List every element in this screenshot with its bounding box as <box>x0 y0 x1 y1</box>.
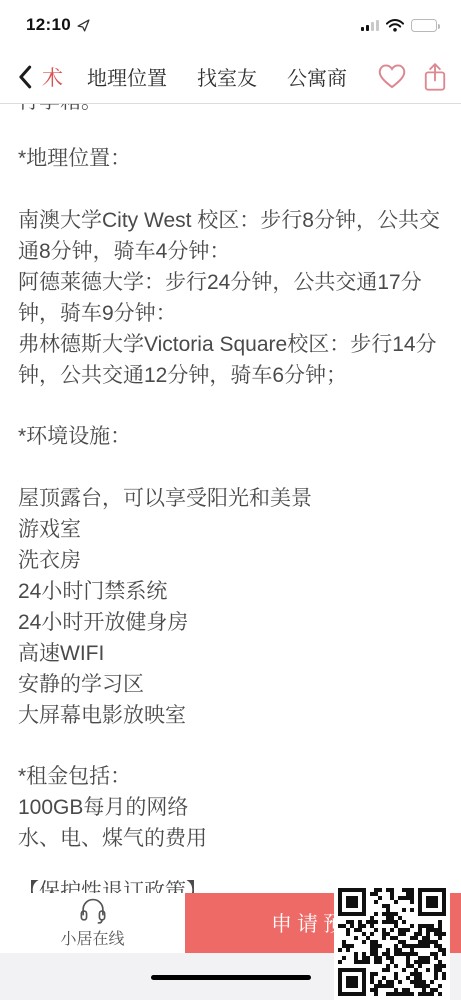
body-line: 大屏幕电影放映室 <box>18 700 443 731</box>
body-line: 屋顶露台，可以享受阳光和美景 <box>18 483 443 514</box>
listing-description: 行李箱。 *地理位置： 南澳大学City West 校区：步行8分钟，公共交通8… <box>0 104 461 907</box>
status-bar: 12:10 <box>0 0 461 44</box>
body-line: 游戏室 <box>18 514 443 545</box>
body-line: 弗林德斯大学Victoria Square校区：步行14分钟，公共交通12分钟，… <box>18 329 443 391</box>
status-right <box>361 19 437 32</box>
wifi-icon <box>386 19 404 32</box>
location-arrow-icon <box>77 19 90 32</box>
chevron-left-icon <box>18 65 32 89</box>
section-heading-location: *地理位置： <box>18 143 443 174</box>
body-line: 24小时开放健身房 <box>18 607 443 638</box>
qr-code <box>334 884 450 1000</box>
back-button[interactable] <box>18 65 32 89</box>
cellular-signal-icon <box>361 19 379 31</box>
heart-icon <box>377 63 407 90</box>
clipped-text-line: 行李箱。 <box>18 104 443 113</box>
status-time: 12:10 <box>26 15 71 35</box>
battery-icon <box>411 19 437 32</box>
body-line: 高速WIFI <box>18 638 443 669</box>
favorite-button[interactable] <box>377 63 407 90</box>
section-heading-amenities: *环境设施： <box>18 421 443 452</box>
phone-screen: 12:10 <box>0 0 461 1000</box>
online-service-button[interactable]: 小居在线 <box>0 893 185 953</box>
tab-location[interactable]: 地理位置 <box>87 62 167 91</box>
body-line: 南澳大学City West 校区：步行8分钟，公共交通8分钟，骑车4分钟： <box>18 205 443 267</box>
share-icon <box>422 62 448 92</box>
nav-bar: 术 地理位置 找室友 公寓商 <box>0 44 461 104</box>
status-left: 12:10 <box>26 15 90 35</box>
body-line: 100GB每月的网络 <box>18 792 443 823</box>
body-line: 洗衣房 <box>18 545 443 576</box>
body-line: 24小时门禁系统 <box>18 576 443 607</box>
body-line: 安静的学习区 <box>18 669 443 700</box>
headset-icon <box>78 897 108 924</box>
body-line: 阿德莱德大学：步行24分钟，公共交通17分钟，骑车9分钟： <box>18 267 443 329</box>
share-button[interactable] <box>422 62 448 92</box>
section-heading-rent: *租金包括： <box>18 761 443 792</box>
tab-roommates[interactable]: 找室友 <box>197 62 257 91</box>
home-indicator[interactable] <box>151 975 311 980</box>
nav-action-icons <box>377 62 448 92</box>
body-line: 水、电、煤气的费用 <box>18 823 443 854</box>
online-service-label: 小居在线 <box>60 926 124 949</box>
tab-provider[interactable]: 公寓商 <box>287 62 347 91</box>
partial-scrolled-tab[interactable]: 术 <box>42 62 63 92</box>
